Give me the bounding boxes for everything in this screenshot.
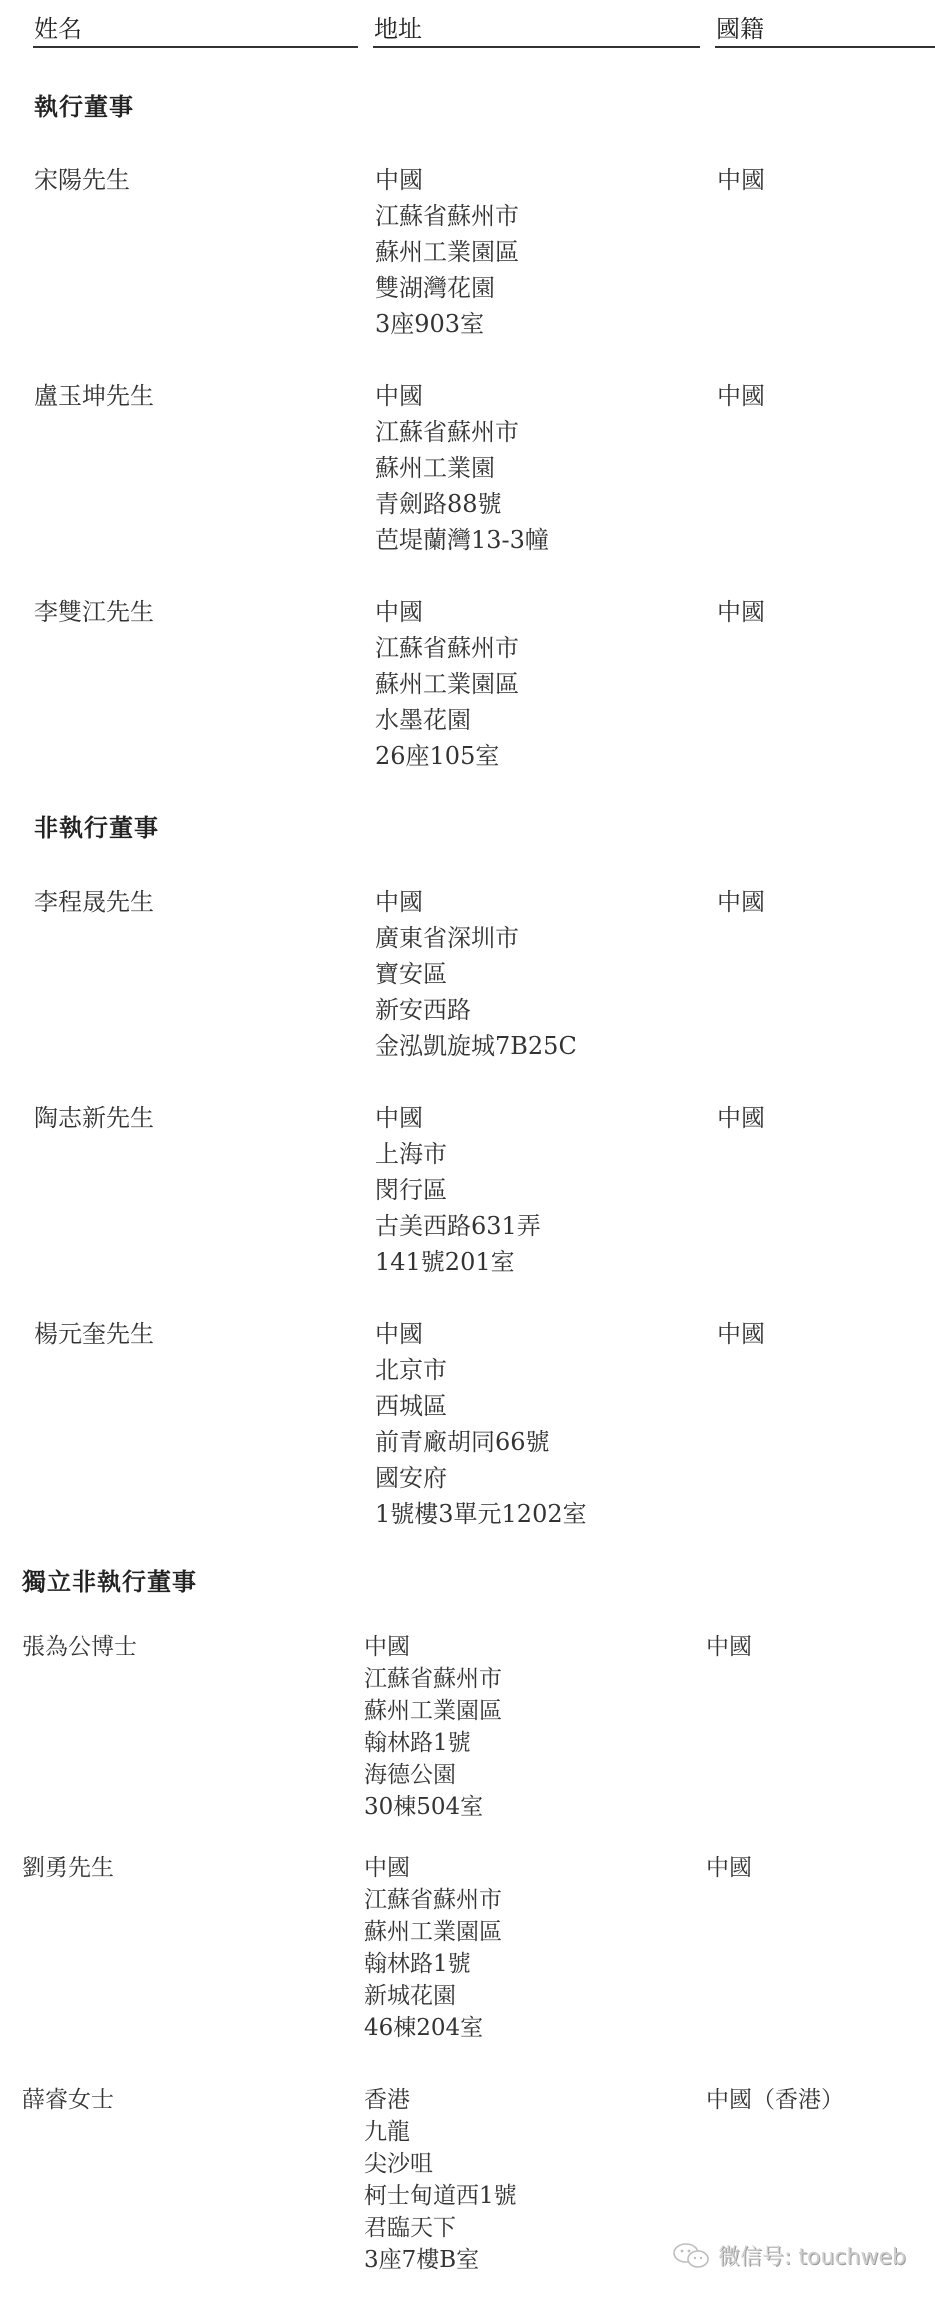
address-line: 中國 xyxy=(375,594,519,630)
address-line: 廣東省深圳市 xyxy=(375,920,577,956)
address-line: 江蘇省蘇州市 xyxy=(364,1663,502,1695)
director-nationality: 中國 xyxy=(717,594,765,630)
address-line: 江蘇省蘇州市 xyxy=(375,198,519,234)
address-line: 江蘇省蘇州市 xyxy=(375,414,549,450)
director-nationality: 中國 xyxy=(717,378,765,414)
address-line: 閔行區 xyxy=(375,1172,541,1208)
director-name: 陶志新先生 xyxy=(34,1100,154,1136)
address-line: 柯士甸道西1號 xyxy=(364,2180,517,2212)
address-line: 尖沙咀 xyxy=(364,2148,517,2180)
address-line: 蘇州工業園區 xyxy=(375,234,519,270)
address-line: 蘇州工業園區 xyxy=(375,666,519,702)
wechat-icon xyxy=(672,2242,712,2270)
wechat-watermark: 微信号: touchweb xyxy=(672,2240,906,2271)
director-address: 中國 上海市 閔行區 古美西路631弄 141號201室 xyxy=(375,1100,541,1280)
address-line: 水墨花園 xyxy=(375,702,519,738)
director-address: 中國 江蘇省蘇州市 蘇州工業園 青劍路88號 芭堤蘭灣13-3幢 xyxy=(375,378,549,558)
director-address: 中國 江蘇省蘇州市 蘇州工業園區 翰林路1號 海德公園 30棟504室 xyxy=(364,1631,502,1823)
address-line: 君臨天下 xyxy=(364,2212,517,2244)
director-name: 張為公博士 xyxy=(22,1631,137,1663)
address-line: 中國 xyxy=(375,1100,541,1136)
address-line: 國安府 xyxy=(375,1460,587,1496)
director-name: 宋陽先生 xyxy=(34,162,130,198)
director-nationality: 中國 xyxy=(706,1631,752,1663)
section-title-non-executive: 非執行董事 xyxy=(34,813,159,843)
address-line: 江蘇省蘇州市 xyxy=(364,1884,502,1916)
director-nationality: 中國 xyxy=(717,162,765,198)
director-name: 劉勇先生 xyxy=(22,1852,114,1884)
address-line: 前青廠胡同66號 xyxy=(375,1424,587,1460)
address-line: 寶安區 xyxy=(375,956,577,992)
address-line: 3座903室 xyxy=(375,306,519,342)
address-line: 中國 xyxy=(375,162,519,198)
address-line: 芭堤蘭灣13-3幢 xyxy=(375,522,549,558)
section-title-executive: 執行董事 xyxy=(34,92,134,122)
section-title-independent: 獨立非執行董事 xyxy=(22,1567,197,1597)
director-nationality: 中國 xyxy=(717,884,765,920)
address-line: 青劍路88號 xyxy=(375,486,549,522)
address-line: 蘇州工業園區 xyxy=(364,1916,502,1948)
address-line: 翰林路1號 xyxy=(364,1727,502,1759)
address-line: 1號樓3單元1202室 xyxy=(375,1496,587,1532)
header-name: 姓名 xyxy=(34,14,82,44)
director-address: 中國 江蘇省蘇州市 蘇州工業園區 雙湖灣花園 3座903室 xyxy=(375,162,519,342)
address-line: 香港 xyxy=(364,2084,517,2116)
address-line: 古美西路631弄 xyxy=(375,1208,541,1244)
header-address: 地址 xyxy=(374,14,422,44)
director-nationality: 中國 xyxy=(706,1852,752,1884)
director-address: 中國 北京市 西城區 前青廠胡同66號 國安府 1號樓3單元1202室 xyxy=(375,1316,587,1532)
header-underline-nationality xyxy=(715,46,935,48)
address-line: 金泓凱旋城7B25C xyxy=(375,1028,577,1064)
address-line: 海德公園 xyxy=(364,1759,502,1791)
address-line: 中國 xyxy=(364,1852,502,1884)
address-line: 北京市 xyxy=(375,1352,587,1388)
director-name: 薛睿女士 xyxy=(22,2084,114,2116)
address-line: 中國 xyxy=(375,884,577,920)
address-line: 蘇州工業園區 xyxy=(364,1695,502,1727)
director-nationality: 中國 xyxy=(717,1316,765,1352)
header-underline-name xyxy=(33,46,358,48)
address-line: 雙湖灣花園 xyxy=(375,270,519,306)
address-line: 26座105室 xyxy=(375,738,519,774)
director-name: 李程晟先生 xyxy=(34,884,154,920)
address-line: 翰林路1號 xyxy=(364,1948,502,1980)
address-line: 3座7樓B室 xyxy=(364,2244,517,2276)
address-line: 141號201室 xyxy=(375,1244,541,1280)
director-address: 中國 江蘇省蘇州市 蘇州工業園區 翰林路1號 新城花園 46棟204室 xyxy=(364,1852,502,2044)
address-line: 中國 xyxy=(364,1631,502,1663)
address-line: 蘇州工業園 xyxy=(375,450,549,486)
address-line: 30棟504室 xyxy=(364,1791,502,1823)
director-address: 中國 廣東省深圳市 寶安區 新安西路 金泓凱旋城7B25C xyxy=(375,884,577,1064)
director-nationality: 中國（香港） xyxy=(706,2084,844,2116)
header-underline-address xyxy=(373,46,700,48)
address-line: 江蘇省蘇州市 xyxy=(375,630,519,666)
address-line: 新安西路 xyxy=(375,992,577,1028)
address-line: 九龍 xyxy=(364,2116,517,2148)
address-line: 中國 xyxy=(375,378,549,414)
director-name: 李雙江先生 xyxy=(34,594,154,630)
address-line: 中國 xyxy=(375,1316,587,1352)
address-line: 46棟204室 xyxy=(364,2012,502,2044)
address-line: 上海市 xyxy=(375,1136,541,1172)
address-line: 新城花園 xyxy=(364,1980,502,2012)
director-nationality: 中國 xyxy=(717,1100,765,1136)
header-nationality: 國籍 xyxy=(716,14,764,44)
address-line: 西城區 xyxy=(375,1388,587,1424)
director-address: 香港 九龍 尖沙咀 柯士甸道西1號 君臨天下 3座7樓B室 xyxy=(364,2084,517,2276)
director-name: 盧玉坤先生 xyxy=(34,378,154,414)
director-name: 楊元奎先生 xyxy=(34,1316,154,1352)
director-address: 中國 江蘇省蘇州市 蘇州工業園區 水墨花園 26座105室 xyxy=(375,594,519,774)
watermark-text: 微信号: touchweb xyxy=(718,2240,906,2271)
